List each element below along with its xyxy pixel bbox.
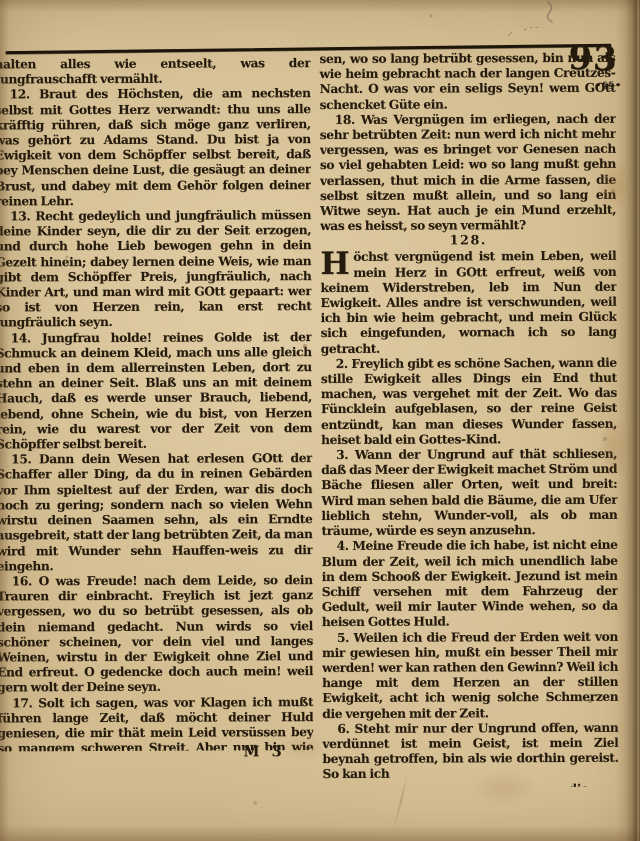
paragraph: 3. Wann der Ungrund auf thät schliesen, … bbox=[321, 447, 617, 540]
signature-mark: M 3 bbox=[243, 743, 281, 760]
paragraph: 12. Braut des Höchsten, die am nechsten … bbox=[0, 86, 311, 209]
paragraph: 18. Was Vergnügen im erliegen, nach der … bbox=[320, 112, 617, 235]
right-column-top: sen, wo so lang betrübt gesessen, bin nu… bbox=[319, 51, 616, 235]
page-edge-left bbox=[0, 0, 9, 841]
paragraph: 15. Dann dein Wesen hat erlesen GOtt der… bbox=[0, 451, 313, 574]
paragraph: 14. Jungfrau holde! reines Golde ist der… bbox=[0, 330, 312, 453]
drop-cap: H bbox=[320, 250, 353, 278]
right-column-verses: 2. Freylich gibt es schöne Sachen, wann … bbox=[321, 356, 619, 783]
paragraph: 4. Meine Freude die ich habe, ist nicht … bbox=[322, 538, 618, 631]
page-content: 93 •§§• halten alles wie entseelt, was d… bbox=[0, 0, 640, 841]
paragraph: 6. Steht mir nur der Ungrund offen, wann… bbox=[322, 720, 618, 782]
left-column: halten alles wie entseelt, was der Jungf… bbox=[0, 56, 313, 751]
paragraph: halten alles wie entseelt, was der Jungf… bbox=[0, 56, 311, 88]
book-page: 93 •§§• halten alles wie entseelt, was d… bbox=[0, 0, 640, 841]
paragraph: sen, wo so lang betrübt gesessen, bin nu… bbox=[319, 51, 615, 113]
page-edge-bottom bbox=[0, 825, 640, 841]
paragraph: 13. Recht gedeylich und jungfräulich müs… bbox=[0, 208, 312, 331]
paragraph: 16. O was Freude! nach dem Leide, so dei… bbox=[0, 573, 313, 696]
hymn-number: 128. bbox=[320, 233, 616, 250]
right-column: sen, wo so lang betrübt gesessen, bin nu… bbox=[319, 51, 618, 788]
page-edge-right bbox=[616, 0, 640, 841]
paragraph-text: öchst vergnügend ist mein Leben, weil me… bbox=[320, 249, 616, 356]
paragraph: 2. Freylich gibt es schöne Sachen, wann … bbox=[321, 356, 617, 449]
page-edge-top bbox=[0, 0, 640, 12]
paragraph: 5. Weilen ich die Freud der Erden weit v… bbox=[322, 629, 618, 722]
paragraph-dropcap: Höchst vergnügend ist mein Leben, weil m… bbox=[320, 249, 616, 357]
